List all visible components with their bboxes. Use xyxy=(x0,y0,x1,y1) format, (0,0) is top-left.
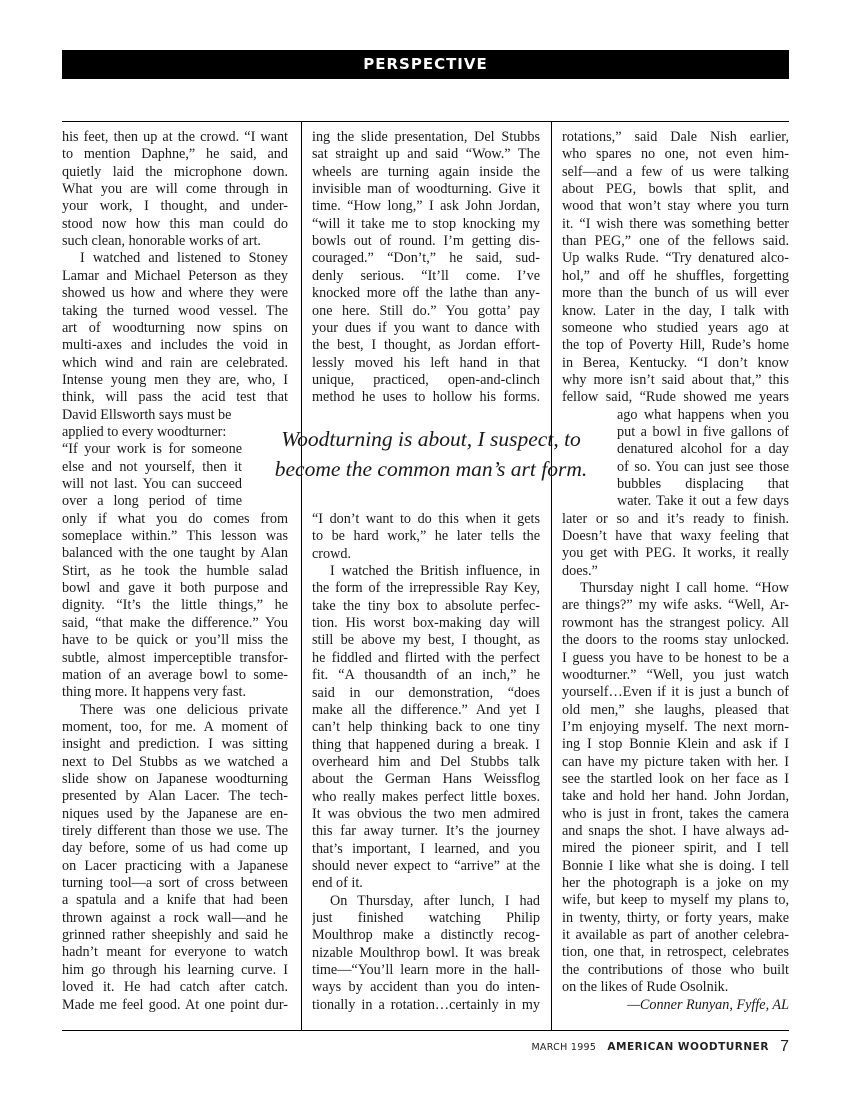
text-line: ing the slide presentation, Del Stubbs xyxy=(312,129,540,146)
text-line: said, “that make the difference.” You xyxy=(62,615,288,632)
text-line: who really makes perfect little boxes. xyxy=(312,789,540,806)
text-line: have to be quick or you’ll miss the xyxy=(62,632,288,649)
text-line: the doors to the rooms stay unlocked. xyxy=(562,632,789,649)
text-line: him go through his learning curve. I xyxy=(62,962,288,979)
text-line: ing I stop Bonnie Klein and ask if I xyxy=(562,736,789,753)
text-line: time. “How long,” I ask John Jordan, xyxy=(312,198,540,215)
text-line: art of woodturning now spins on xyxy=(62,320,288,337)
text-line: someone who studied years ago at xyxy=(562,320,789,337)
text-line: why more isn’t said about that,” this xyxy=(562,372,789,389)
page-footer: MARCH 1995 AMERICAN WOODTURNER 7 xyxy=(531,1038,789,1056)
text-line: crowd. xyxy=(312,546,540,563)
text-line: “If your work is for someone xyxy=(62,441,242,458)
text-line: woodturner.” “Well, you just watch xyxy=(562,667,789,684)
text-line: Up walks Rude. “Try denatured alco- xyxy=(562,250,789,267)
text-line: to mention Daphne,” he said, and xyxy=(62,146,288,163)
text-line: Doesn’t have that waxy feeling that xyxy=(562,528,789,545)
text-line: does.” xyxy=(562,563,789,580)
bottom-rule xyxy=(62,1030,789,1031)
text-line: thrown against a rock wall—and he xyxy=(62,910,288,927)
text-line: the form of the irrepressible Ray Key, xyxy=(312,580,540,597)
text-line: water. Take it out a few days xyxy=(617,493,789,510)
text-line: old men,” she laughs, pleased that xyxy=(562,702,789,719)
text-line: tion, one that, in retrospect, celebrate… xyxy=(562,944,789,961)
text-line: mation of an average bowl to some- xyxy=(62,667,288,684)
text-line: moment, too, for me. A moment of xyxy=(62,719,288,736)
text-line: her the photograph is a joke on my xyxy=(562,875,789,892)
pull-quote-line-1: Woodturning is about, I suspect, to xyxy=(258,424,604,454)
text-line: David Ellsworth says must be xyxy=(62,407,242,424)
text-line: you get with PEG. It works, it really xyxy=(562,545,789,562)
text-line: next to Del Stubbs as we watched a xyxy=(62,754,288,771)
text-line: are things?” my wife asks. “Well, Ar- xyxy=(562,597,789,614)
text-line: couraged.” “Don’t,” he said, sud- xyxy=(312,250,540,267)
text-line: who spares no one, not even him- xyxy=(562,146,789,163)
text-line: overheard him and Del Stubbs talk xyxy=(312,754,540,771)
text-line: insight and prediction. I was sitting xyxy=(62,736,288,753)
text-line: fellow said, “Rude showed me years xyxy=(562,389,789,406)
text-line: hol,” and off he shuffles, forgetting xyxy=(562,268,789,285)
text-line: denatured alcohol for a day xyxy=(617,441,789,458)
top-rule xyxy=(62,121,789,122)
text-line: take the tiny box to absolute perfec- xyxy=(312,598,540,615)
text-line: who is just in front, takes the camera xyxy=(562,806,789,823)
text-line: tionally in a rotation…certainly in my xyxy=(312,997,540,1014)
author-signature: —Conner Runyan, Fyffe, AL xyxy=(562,997,789,1014)
text-line: make all the difference.” And yet I xyxy=(312,702,540,719)
text-line: turning tool—a sort of cross between xyxy=(62,875,288,892)
text-line: in Berea, Kentucky. “I don’t know xyxy=(562,355,789,372)
text-line: in twenty, thirty, or forty years, make xyxy=(562,910,789,927)
text-line: rotations,” said Dale Nish earlier, xyxy=(562,129,789,146)
text-line: I guess you have to be honest to be a xyxy=(562,650,789,667)
text-line: presented by Alan Lacer. The tech- xyxy=(62,788,288,805)
text-line: niques used by the Japanese are en- xyxy=(62,806,288,823)
text-line: a spatula and a knife that had been xyxy=(62,892,288,909)
page-number: 7 xyxy=(780,1038,789,1055)
text-line: he fiddled and flirted with the perfect xyxy=(312,650,540,667)
text-line: “will it take me to stop knocking my xyxy=(312,216,540,233)
text-line: can have my picture taken with her. I xyxy=(562,754,789,771)
text-line: There was one delicious private xyxy=(62,702,288,719)
column-divider-2 xyxy=(551,121,552,1031)
text-line: stood now how this man could do xyxy=(62,216,288,233)
text-line: ways by accident than you do inten- xyxy=(312,979,540,996)
text-line: your dues if you want to dance with xyxy=(312,320,540,337)
text-line: denly serious. “It’ll come. I’ve xyxy=(312,268,540,285)
text-line: slide show on Japanese woodturning xyxy=(62,771,288,788)
text-line: knocked more off the lathe than any- xyxy=(312,285,540,302)
text-line: wood that won’t stay where you turn xyxy=(562,198,789,215)
text-line: yourself…Even if it is just a bunch of xyxy=(562,684,789,701)
text-line: I watched the British influence, in xyxy=(312,563,540,580)
text-line: “I don’t want to do this when it gets xyxy=(312,511,540,528)
text-line: such clean, honorable works of art. xyxy=(62,233,288,250)
text-line: about the German Hans Weissflog xyxy=(312,771,540,788)
text-line: else and not yourself, then it xyxy=(62,459,242,476)
text-line: wheels are turning again inside the xyxy=(312,164,540,181)
text-line: Stirt, as he took the humble salad xyxy=(62,563,288,580)
text-line: should never expect to “arrive” at the xyxy=(312,858,540,875)
text-line: time—“You’ll learn more in the hall- xyxy=(312,962,540,979)
section-title: PERSPECTIVE xyxy=(363,55,488,73)
text-line: Made me feel good. At one point dur- xyxy=(62,997,288,1014)
text-line: bowl and gave it both purpose and xyxy=(62,580,288,597)
text-line: think, will pass the acid test that xyxy=(62,389,288,406)
text-line: on the likes of Rude Osolnik. xyxy=(562,979,789,996)
issue-date: MARCH 1995 xyxy=(531,1042,596,1053)
text-line: said in our demonstration, “does xyxy=(312,685,540,702)
text-line: that’s important, I learned, and you xyxy=(312,841,540,858)
text-line: taking the turned wood vessel. The xyxy=(62,303,288,320)
text-line: it. “I wish there was something better xyxy=(562,216,789,233)
text-line: ago what happens when you xyxy=(617,407,789,424)
text-line: fit. “A thousandth of an inch,” he xyxy=(312,667,540,684)
text-line: take and hold her hand. John Jordan, xyxy=(562,788,789,805)
text-line: thing more. It happens very fast. xyxy=(62,684,288,701)
text-line: tion. His worst box-making day will xyxy=(312,615,540,632)
text-line: mired the pioneer spirit, and I tell xyxy=(562,840,789,857)
text-line: rowmont has the strangest policy. All xyxy=(562,615,789,632)
text-line: What you are will come through in xyxy=(62,181,288,198)
text-line: unique, practiced, open-and-clinch xyxy=(312,372,540,389)
text-line: can’t help thinking back to one tiny xyxy=(312,719,540,736)
pull-quote-line-2: become the common man’s art form. xyxy=(258,454,604,484)
text-line: put a bowl in five gallons of xyxy=(617,424,789,441)
text-line: Thursday night I call home. “How xyxy=(562,580,789,597)
section-banner: PERSPECTIVE xyxy=(62,50,789,79)
text-line: wife, but keep to myself my plans to, xyxy=(562,892,789,909)
text-line: more than the bunch of us will ever xyxy=(562,285,789,302)
text-line: Moulthrop make a distinctly recog- xyxy=(312,927,540,944)
text-line: lessly moved his left hand in that xyxy=(312,355,540,372)
text-line: than PEG,” one of the fellows said. xyxy=(562,233,789,250)
text-line: which wind and rain are celebrated. xyxy=(62,355,288,372)
text-line: know. Later in the day, I talk with xyxy=(562,303,789,320)
text-line: of so. You can just see those xyxy=(617,459,789,476)
text-line: over a long period of time xyxy=(62,493,242,510)
text-line: invisible man of woodturning. Give it xyxy=(312,181,540,198)
text-line: to be hard work,” he later tells the xyxy=(312,528,540,545)
text-line: On Thursday, after lunch, I had xyxy=(312,893,540,910)
magazine-name: AMERICAN WOODTURNER xyxy=(607,1041,768,1053)
text-line: dignity. “It’s the little things,” he xyxy=(62,597,288,614)
text-line: the top of Poverty Hill, Rude’s home xyxy=(562,337,789,354)
text-line: thing that happened during a break. I xyxy=(312,737,540,754)
text-line: on Lacer practicing with a Japanese xyxy=(62,858,288,875)
text-line: grinned rather sheepishly and said he xyxy=(62,927,288,944)
text-line: loved it. He had catch after catch. xyxy=(62,979,288,996)
text-line: self—and a few of us were talking xyxy=(562,164,789,181)
text-line: it available as part of another celebra- xyxy=(562,927,789,944)
text-line: quietly laid the microphone down. xyxy=(62,164,288,181)
text-line: method he uses to hollow his forms. xyxy=(312,389,540,406)
text-line: the best, I thought, as Jordan effort- xyxy=(312,337,540,354)
text-line: applied to every woodturner: xyxy=(62,424,242,441)
text-line: only if what you do comes from xyxy=(62,511,288,528)
text-line: your work, I thought, and under- xyxy=(62,198,288,215)
text-line: nizable Moulthrop bowl. It was break xyxy=(312,945,540,962)
text-line: day before, some of us had come up xyxy=(62,840,288,857)
text-line: his feet, then up at the crowd. “I want xyxy=(62,129,288,146)
text-line: will not last. You can succeed xyxy=(62,476,242,493)
text-line: showed us how and where they were xyxy=(62,285,288,302)
text-line: and snaps the shot. I have always ad- xyxy=(562,823,789,840)
text-line: Lamar and Michael Peterson as they xyxy=(62,268,288,285)
text-line: It was obvious the two men admired xyxy=(312,806,540,823)
text-line: the contributions of those who built xyxy=(562,962,789,979)
text-line: about PEG, bowls that split, and xyxy=(562,181,789,198)
text-line: tirely different than those we use. The xyxy=(62,823,288,840)
text-line: this far away turner. It’s the journey xyxy=(312,823,540,840)
text-line: one here. Still do.” You gotta’ pay xyxy=(312,303,540,320)
text-line: sat straight up and said “Wow.” The xyxy=(312,146,540,163)
text-line: end of it. xyxy=(312,875,540,892)
text-line: bubbles displacing that xyxy=(617,476,789,493)
text-line: someplace within.” This lesson was xyxy=(62,528,288,545)
text-line: multi-axes and includes the void in xyxy=(62,337,288,354)
text-line: later or so and it’s ready to finish. xyxy=(562,511,789,528)
text-line: Intense young men they are, who, I xyxy=(62,372,288,389)
text-line: just finished watching Philip xyxy=(312,910,540,927)
text-line: balanced with the one taught by Alan xyxy=(62,545,288,562)
text-line: see the startled look on her face as I xyxy=(562,771,789,788)
text-line: I watched and listened to Stoney xyxy=(62,250,288,267)
text-line: still be above my best, I thought, as xyxy=(312,632,540,649)
text-line: Bonnie I like what she is doing. I tell xyxy=(562,858,789,875)
pull-quote: Woodturning is about, I suspect, to beco… xyxy=(258,424,604,484)
text-line: I’m enjoying myself. The next morn- xyxy=(562,719,789,736)
text-line: hadn’t meant for everyone to watch xyxy=(62,944,288,961)
column-divider-1 xyxy=(301,121,302,1031)
text-line: subtle, almost imperceptible transfor- xyxy=(62,650,288,667)
text-line: bowls out of round. I’m getting dis- xyxy=(312,233,540,250)
